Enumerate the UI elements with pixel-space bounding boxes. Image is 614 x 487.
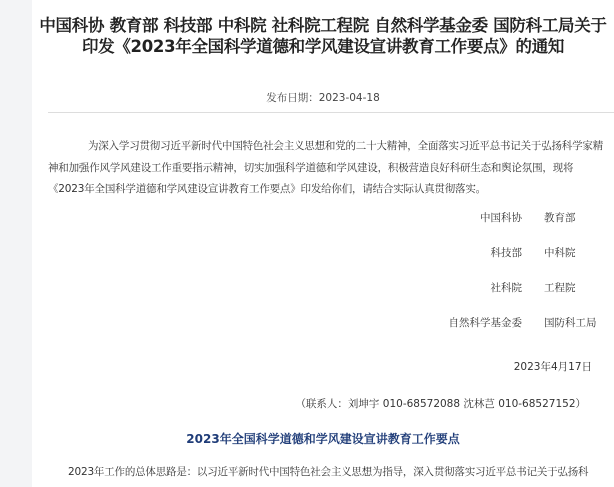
signatory-row: 自然科学基金委 国防科工局 [394,315,614,350]
sign-date: 2023年4月17日 [514,359,592,374]
signatory: 社科院 [424,280,544,315]
left-sidebar-strip [0,0,32,487]
signatory: 中国科协 [424,210,544,245]
signatory-row: 科技部 中科院 [394,245,614,280]
signatories: 中国科协 教育部 科技部 中科院 社科院 工程院 自然科学基金委 国防科工局 [394,210,614,350]
body-paragraph: 2023年工作的总体思路是：以习近平新时代中国特色社会主义思想为指导，深入贯彻落… [48,462,614,483]
publish-date-label: 发布日期： [266,92,319,104]
signatory-row: 社科院 工程院 [394,280,614,315]
publish-date: 发布日期：2023-04-18 [32,90,614,105]
article-title: 中国科协 教育部 科技部 中科院 社科院工程院 自然科学基金委 国防科工局关于 … [32,15,614,57]
signatory: 教育部 [544,210,614,245]
signatory: 科技部 [424,245,544,280]
article: 中国科协 教育部 科技部 中科院 社科院工程院 自然科学基金委 国防科工局关于 … [32,0,614,487]
title-line-2: 印发《2023年全国科学道德和学风建设宣讲教育工作要点》的通知 [32,36,614,57]
signatory: 国防科工局 [544,315,614,350]
signatory: 自然科学基金委 [424,315,544,350]
section-heading: 2023年全国科学道德和学风建设宣讲教育工作要点 [32,430,614,447]
signatory-row: 中国科协 教育部 [394,210,614,245]
title-line-1: 中国科协 教育部 科技部 中科院 社科院工程院 自然科学基金委 国防科工局关于 [32,15,614,36]
publish-date-value: 2023-04-18 [319,92,380,104]
signatory: 工程院 [544,280,614,315]
intro-paragraph: 为深入学习贯彻习近平新时代中国特色社会主义思想和党的二十大精神，全面落实习近平总… [48,136,606,201]
page: 中国科协 教育部 科技部 中科院 社科院工程院 自然科学基金委 国防科工局关于 … [0,0,614,487]
contact-info: （联系人：刘坤宇 010-68572088 沈林芑 010-68527152） [295,396,586,411]
title-divider [48,112,614,113]
signatory: 中科院 [544,245,614,280]
